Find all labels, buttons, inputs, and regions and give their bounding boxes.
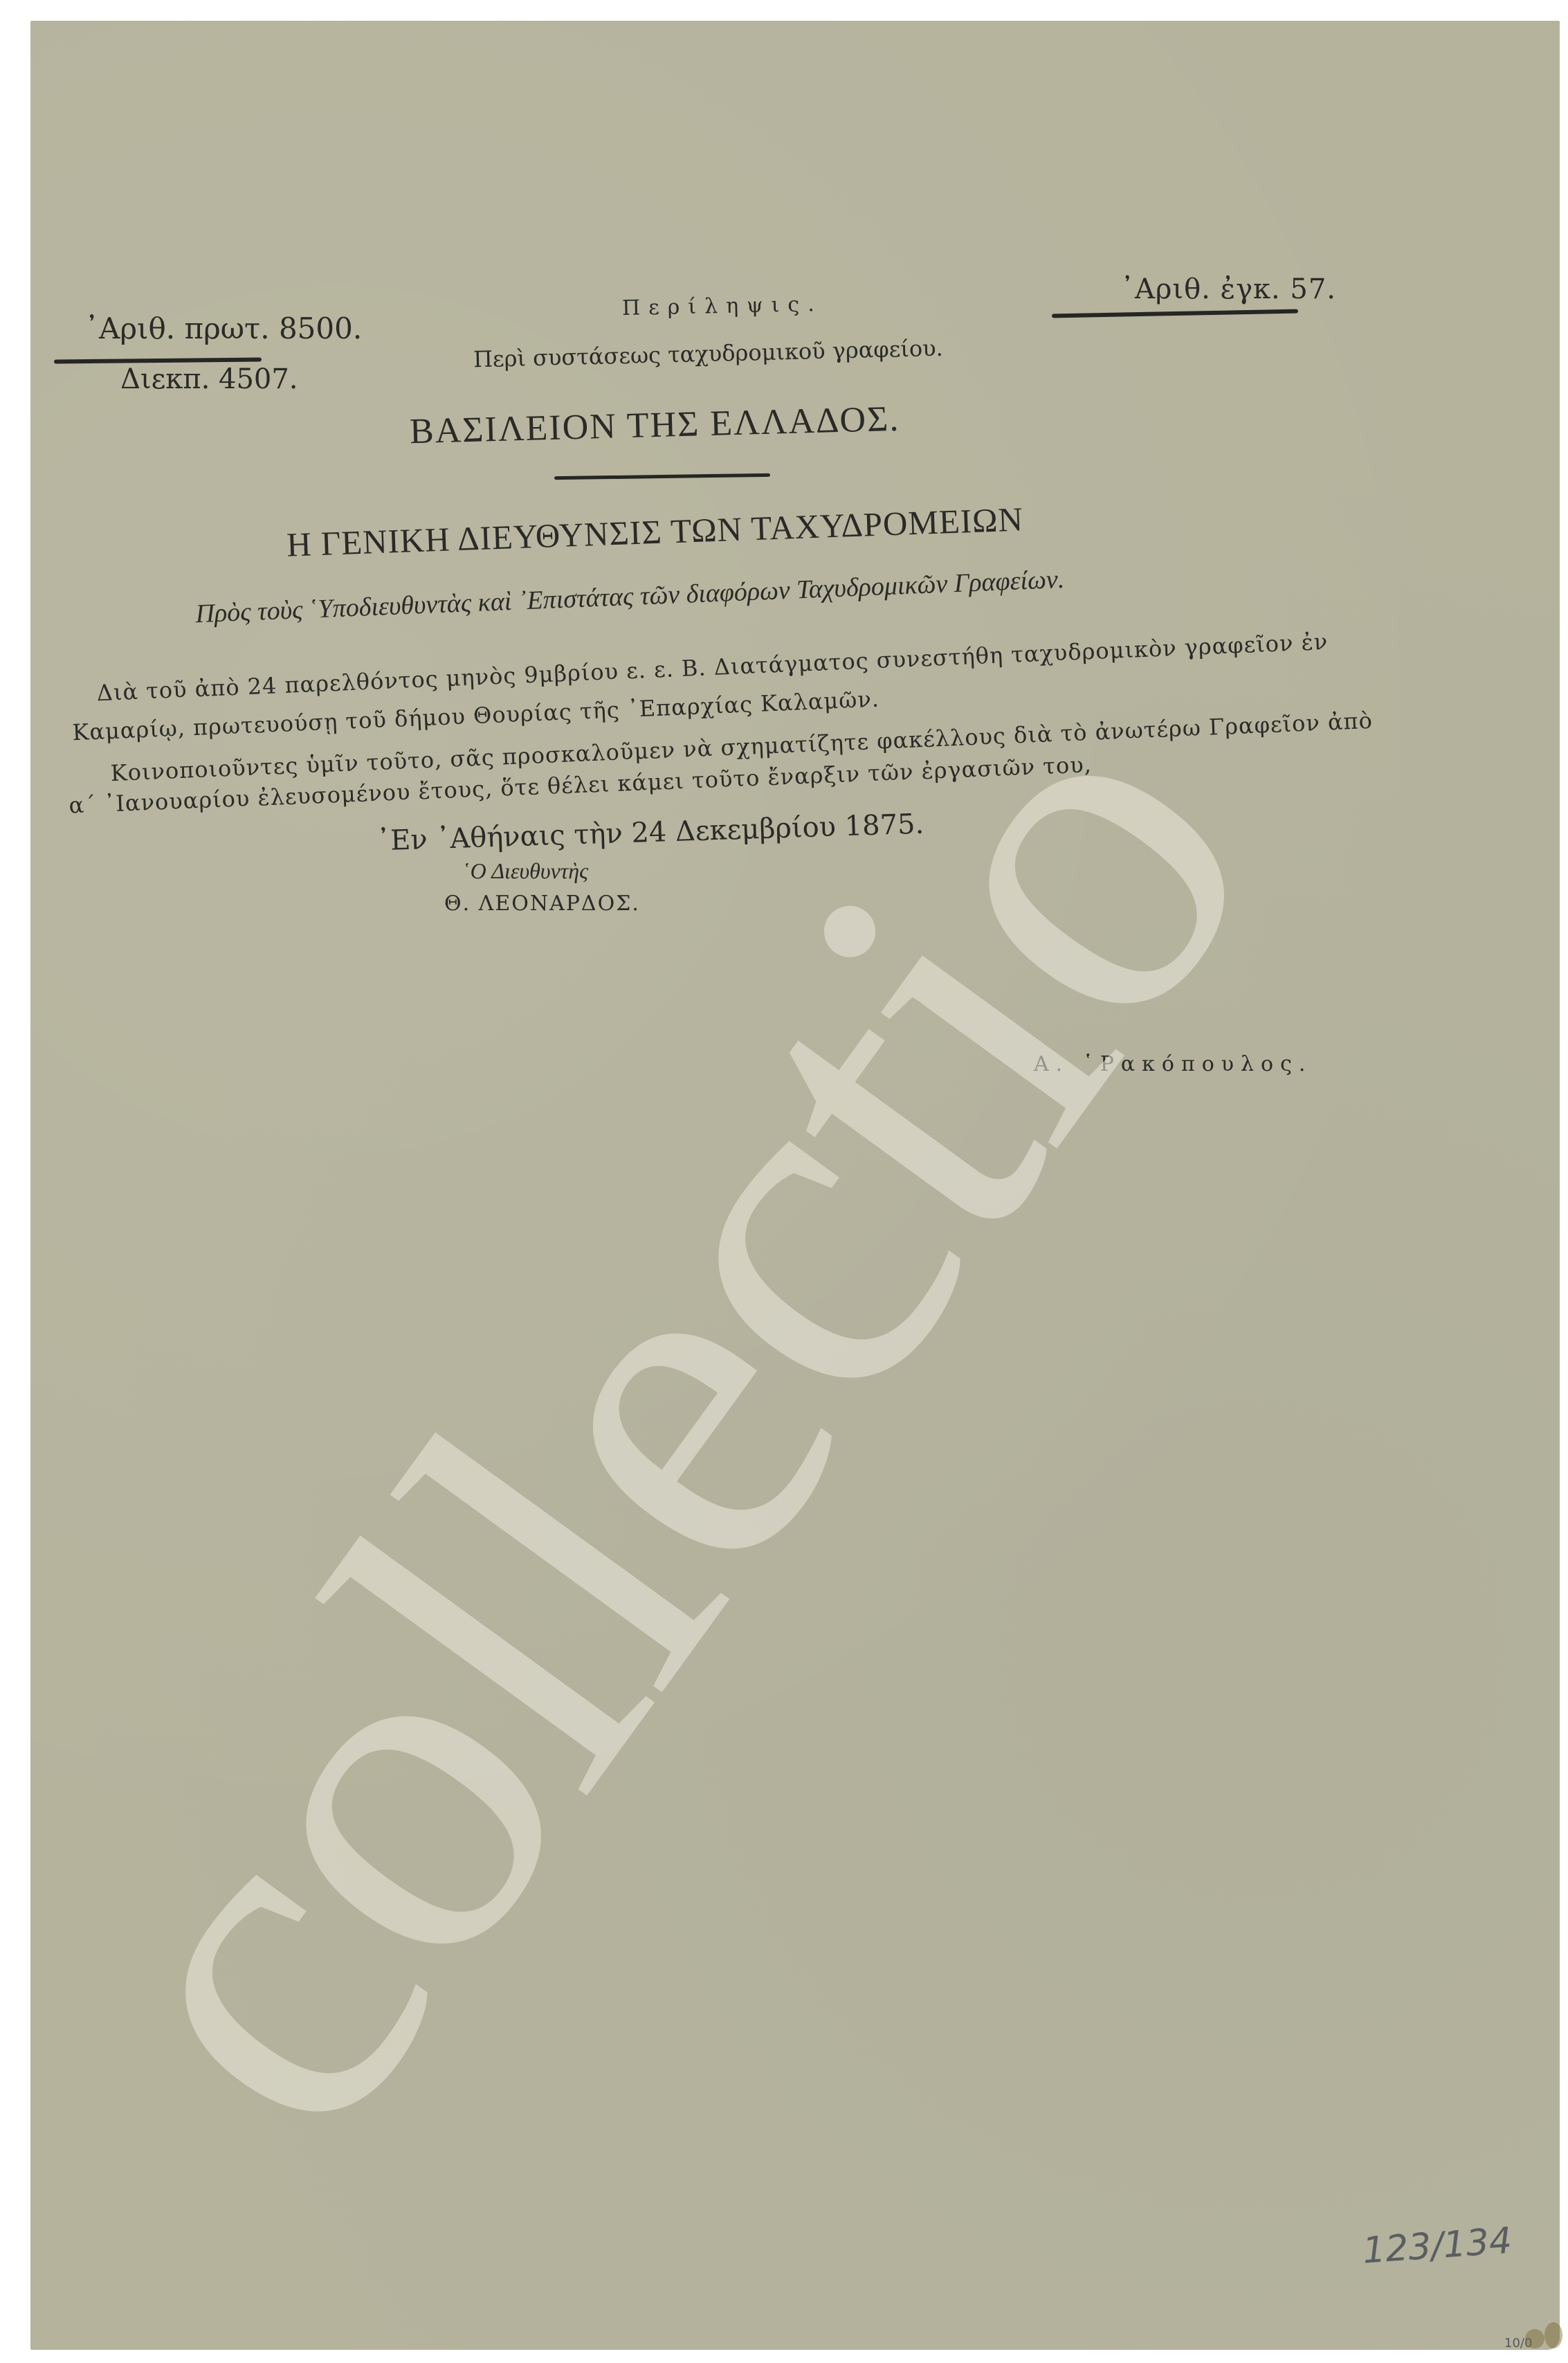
signatory-name: Θ. ΛΕΟΝΑΡΔΟΣ. (444, 891, 640, 916)
stain-mark (1525, 2329, 1544, 2348)
signatory-title: ῾Ο Διευθυντὴς (463, 858, 588, 884)
heading-divider (554, 473, 770, 480)
circular-number: ᾿Αριθ. ἐγκ. 57. (1120, 273, 1336, 305)
kingdom-heading: ΒΑΣΙΛΕΙΟΝ ΤΗΣ ΕΛΛΑΔΟΣ. (409, 399, 900, 453)
circular-underline (1052, 309, 1298, 318)
summary-label: Περίληψις. (622, 292, 823, 320)
directorate-heading: Η ΓΕΝΙΚΗ ΔΙΕΥΘΥΝΣΙΣ ΤΩΝ ΤΑΧΥΔΡΟΜΕΙΩΝ (286, 499, 1024, 564)
addressee-line: Πρὸς τοὺς ῾Υποδιευθυντὰς καὶ ᾿Επιστάτας … (195, 564, 1065, 629)
pencil-annotation: 123/134 (1361, 2220, 1513, 2272)
dispatch-number: Διεκπ. 4507. (120, 363, 298, 395)
summary-text: Περὶ συστάσεως ταχυδρομικοῦ γραφείου. (473, 335, 944, 373)
second-signature: Α. ῾Ρακόπουλος. (1034, 1052, 1312, 1076)
protocol-number: ᾿Αριθ. πρωτ. 8500. (84, 311, 362, 345)
stain-mark (1544, 2322, 1562, 2348)
date-line: ᾿Εν ᾿Αθήναις τὴν 24 Δεκεμβρίου 1875. (376, 808, 924, 858)
document-page: ᾿Αριθ. πρωτ. 8500. Διεκπ. 4507. Περίληψι… (30, 21, 1560, 2350)
